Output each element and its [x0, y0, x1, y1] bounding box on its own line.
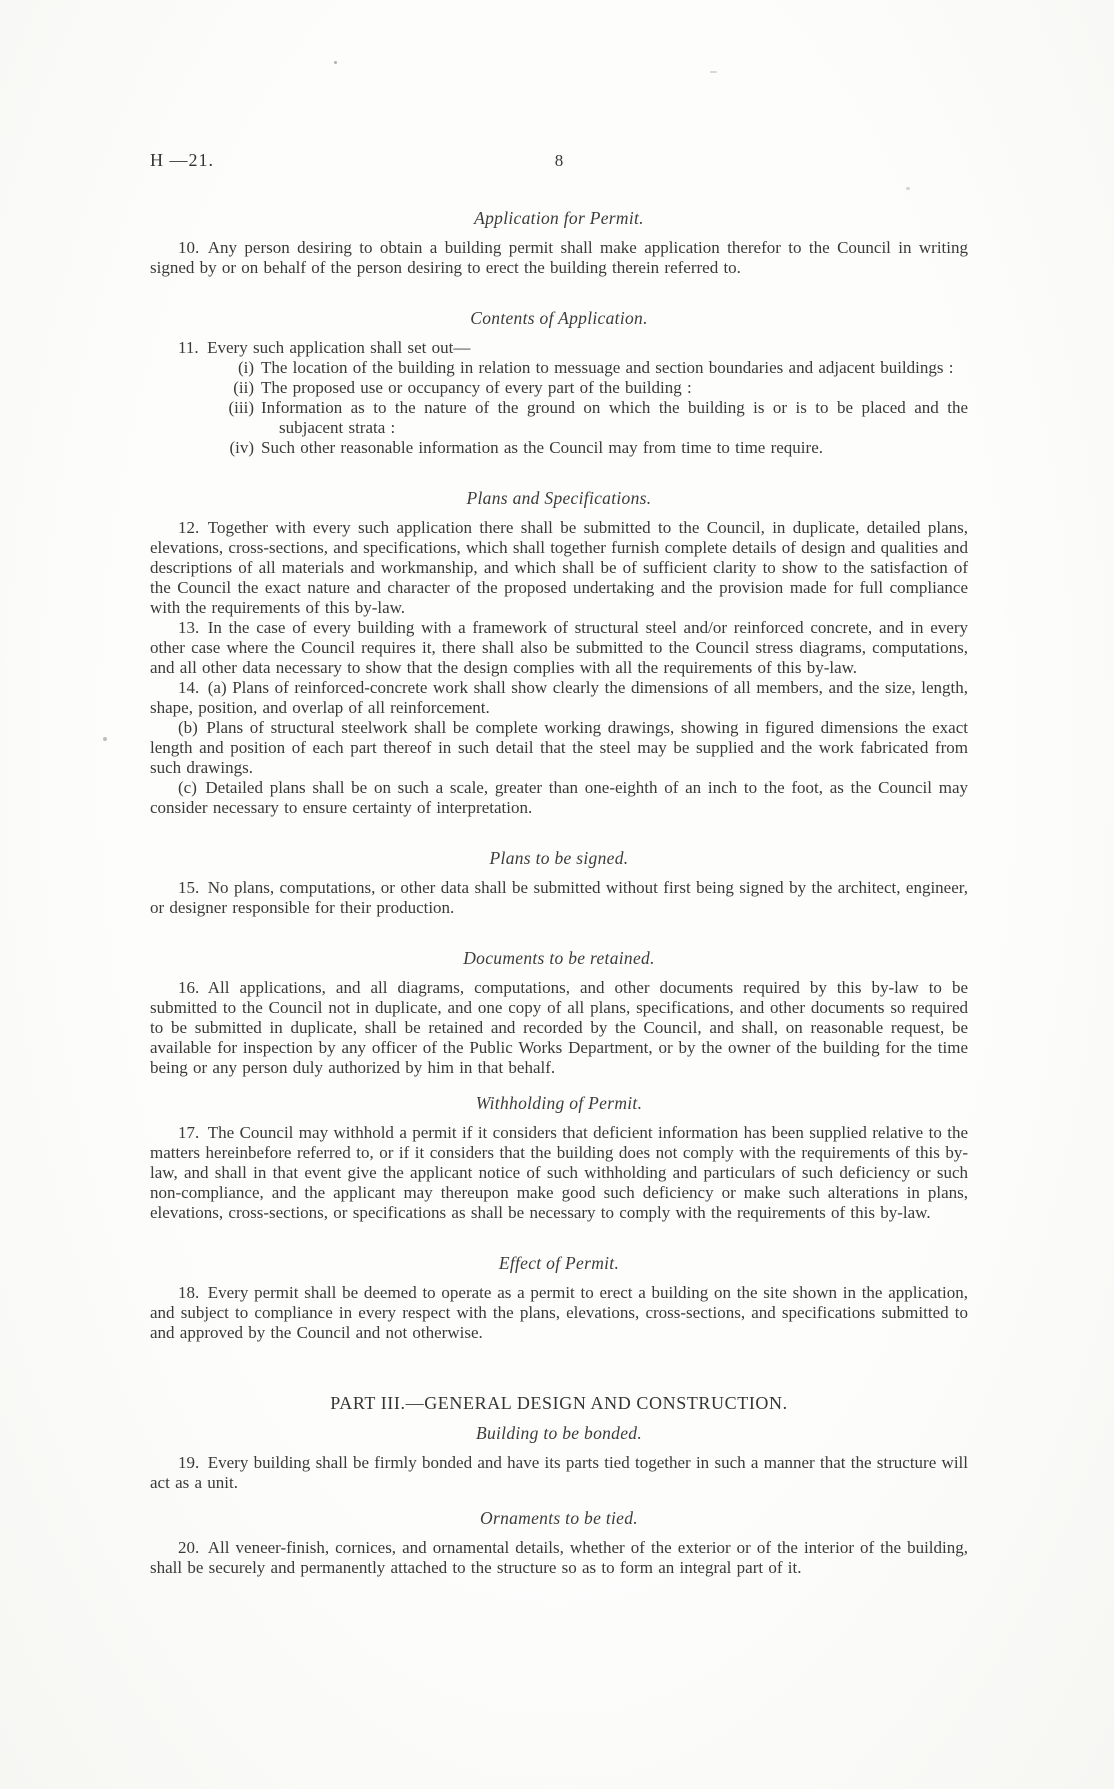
clause-17: 17. The Council may withhold a permit if… [150, 1123, 968, 1223]
page-number: 8 [555, 151, 564, 171]
list-text: Information as to the nature of the grou… [261, 398, 968, 438]
section-contents-of-application: Contents of Application. 11. Every such … [150, 308, 968, 458]
clause-18: 18. Every permit shall be deemed to oper… [150, 1283, 968, 1343]
section-withholding-of-permit: Withholding of Permit. 17. The Council m… [150, 1093, 968, 1223]
clause-14a: 14. (a) Plans of reinforced-concrete wor… [150, 678, 968, 718]
list-text: Such other reasonable information as the… [261, 438, 968, 458]
section-heading: Effect of Permit. [150, 1253, 968, 1274]
section-heading: Withholding of Permit. [150, 1093, 968, 1114]
clause-13: 13. In the case of every building with a… [150, 618, 968, 678]
scanned-document-page: H —21. 8 Application for Permit. 10. Any… [0, 0, 1114, 1789]
section-plans-and-specifications: Plans and Specifications. 12. Together w… [150, 488, 968, 818]
list-marker: (iii) [220, 398, 261, 438]
section-ornaments-to-be-tied: Ornaments to be tied. 20. All veneer-fin… [150, 1508, 968, 1578]
section-effect-of-permit: Effect of Permit. 18. Every permit shall… [150, 1253, 968, 1343]
clause-12: 12. Together with every such application… [150, 518, 968, 618]
clause-15: 15. No plans, computations, or other dat… [150, 878, 968, 918]
list-marker: (iv) [220, 438, 261, 458]
list-item-ii: (ii) The proposed use or occupancy of ev… [150, 378, 968, 398]
section-heading: Documents to be retained. [150, 948, 968, 969]
list-item-iv: (iv) Such other reasonable information a… [150, 438, 968, 458]
list-item-i: (i) The location of the building in rela… [150, 358, 968, 378]
scan-speck [334, 61, 337, 64]
scan-speck [710, 71, 717, 73]
section-heading: Plans and Specifications. [150, 488, 968, 509]
scan-speck [103, 737, 107, 741]
clause-14c: (c) Detailed plans shall be on such a sc… [150, 778, 968, 818]
section-heading: Application for Permit. [150, 208, 968, 229]
section-plans-to-be-signed: Plans to be signed. 15. No plans, comput… [150, 848, 968, 918]
report-code: H —21. [150, 150, 214, 170]
clause-14b: (b) Plans of structural steelwork shall … [150, 718, 968, 778]
clause-20: 20. All veneer-finish, cornices, and orn… [150, 1538, 968, 1578]
list-marker: (ii) [220, 378, 261, 398]
clause-11: 11. Every such application shall set out… [150, 338, 968, 358]
clause-16: 16. All applications, and all diagrams, … [150, 978, 968, 1078]
page-header: H —21. 8 [150, 150, 968, 172]
section-heading: Ornaments to be tied. [150, 1508, 968, 1529]
section-heading: Building to be bonded. [150, 1423, 968, 1444]
clause-10: 10. Any person desiring to obtain a buil… [150, 238, 968, 278]
part-iii-heading: PART III.—GENERAL DESIGN AND CONSTRUCTIO… [150, 1393, 968, 1414]
section-building-to-be-bonded: Building to be bonded. 19. Every buildin… [150, 1423, 968, 1493]
clause-11-sublist: (i) The location of the building in rela… [150, 358, 968, 458]
section-heading: Plans to be signed. [150, 848, 968, 869]
list-item-iii: (iii) Information as to the nature of th… [150, 398, 968, 438]
list-text: The location of the building in relation… [261, 358, 968, 378]
section-documents-to-be-retained: Documents to be retained. 16. All applic… [150, 948, 968, 1078]
text-column: H —21. 8 Application for Permit. 10. Any… [150, 150, 968, 1578]
clause-19: 19. Every building shall be firmly bonde… [150, 1453, 968, 1493]
list-marker: (i) [220, 358, 261, 378]
section-heading: Contents of Application. [150, 308, 968, 329]
list-text: The proposed use or occupancy of every p… [261, 378, 968, 398]
section-application-for-permit: Application for Permit. 10. Any person d… [150, 208, 968, 278]
